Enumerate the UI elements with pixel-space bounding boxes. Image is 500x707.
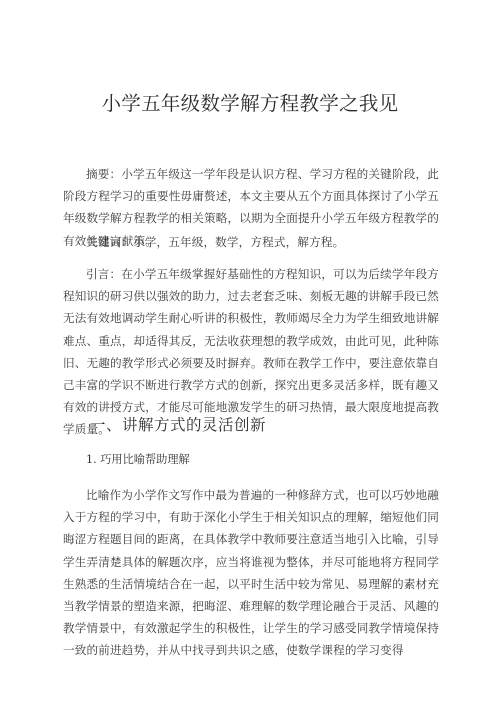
subsection-heading: 1. 巧用比喻帮助理解 — [86, 451, 190, 467]
section-heading: 一、讲解方式的灵活创新 — [90, 413, 266, 435]
keywords-paragraph: 关键词：小学，五年级，数学，方程式，解方程。 — [63, 231, 439, 253]
body-paragraph: 比喻作为小学作文写作中最为普遍的一种修辞方式，也可以巧妙地融入于方程的学习中，有… — [63, 484, 439, 662]
document-title: 小学五年级数学解方程教学之我见 — [0, 88, 500, 116]
document-page: 小学五年级数学解方程教学之我见 摘要：小学五年级这一学年段是认识方程、学习方程的… — [0, 0, 500, 707]
